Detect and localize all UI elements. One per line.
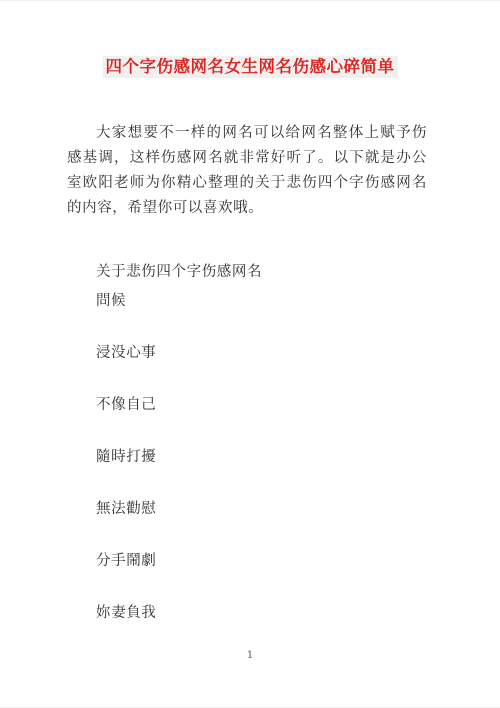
document-viewport: 四个字伤感网名女生网名伤感心碎简单 大家想要不一样的网名可以给网名整体上赋予伤感… [0, 0, 500, 708]
net-name-item-6: 分手鬧劇 [67, 547, 427, 576]
net-name-item-5: 無法勸慰 [67, 495, 427, 524]
intro-paragraph: 大家想要不一样的网名可以给网名整体上赋予伤感基调，这样伤感网名就非常好听了。以下… [67, 121, 427, 221]
net-name-item-4: 隨時打擾 [67, 443, 427, 472]
document-title: 四个字伤感网名女生网名伤感心碎简单 [0, 55, 500, 79]
net-name-item-2: 浸没心事 [67, 339, 427, 368]
document-page: 四个字伤感网名女生网名伤感心碎简单 大家想要不一样的网名可以给网名整体上赋予伤感… [0, 1, 500, 707]
net-name-item-3: 不像自己 [67, 391, 427, 420]
document-title-text: 四个字伤感网名女生网名伤感心碎简单 [103, 56, 398, 78]
net-name-item-7: 妳妻負我 [67, 599, 427, 628]
section-heading: 关于悲伤四个字伤感网名 [67, 258, 427, 287]
page-number: 1 [0, 650, 500, 661]
net-name-item-1: 問候 [67, 287, 427, 316]
